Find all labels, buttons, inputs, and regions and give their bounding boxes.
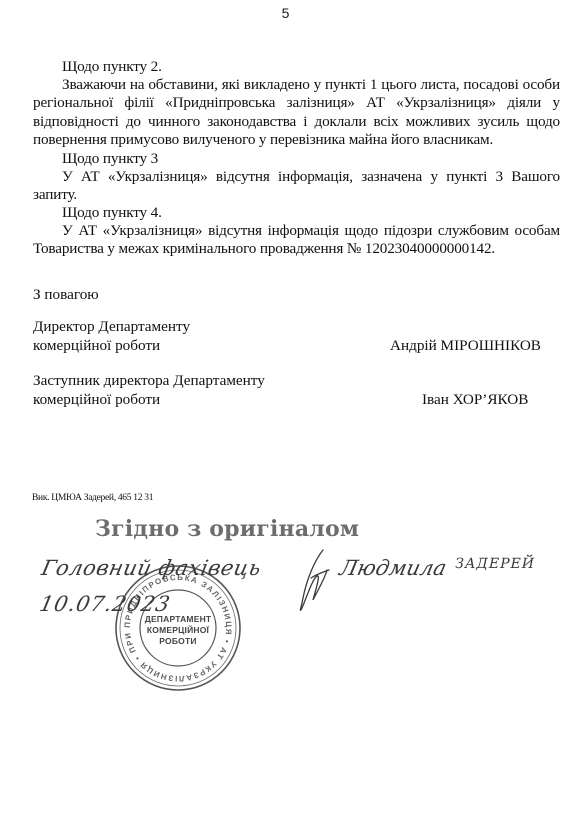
section-heading: Щодо пункту 4.	[33, 204, 560, 222]
page-number: 5	[0, 5, 571, 21]
executor-note: Вик. ЦМЮА Задерей, 465 12 31	[32, 493, 153, 503]
handwritten-date: 10.07.2023	[37, 592, 172, 616]
handwritten-name: Людмила	[337, 556, 448, 580]
signer-name: Іван ХОР’ЯКОВ	[422, 391, 528, 410]
seal-line-3: РОБОТИ	[113, 636, 243, 646]
section-body: Зважаючи на обставини, які викладено у п…	[33, 76, 560, 149]
section-item-3: Щодо пункту 3 У АТ «Укрзалізниця» відсут…	[33, 150, 560, 205]
section-body: У АТ «Укрзалізниця» відсутня інформація,…	[33, 168, 560, 204]
signature-icon	[293, 548, 338, 618]
signer-block-director: Директор Департаменту комерційної роботи…	[33, 318, 560, 355]
section-item-2: Щодо пункту 2. Зважаючи на обставини, як…	[33, 58, 560, 149]
signer-block-deputy: Заступник директора Департаменту комерці…	[33, 372, 560, 409]
signer-title-line1: Заступник директора Департаменту	[33, 372, 560, 391]
closing-salutation: З повагою	[33, 286, 99, 304]
section-body: У АТ «Укрзалізниця» відсутня інформація …	[33, 222, 560, 258]
certified-copy-stamp: Згідно з оригіналом	[95, 516, 359, 542]
signer-name: Андрій МІРОШНІКОВ	[390, 337, 541, 356]
section-heading: Щодо пункту 3	[33, 150, 560, 168]
handwritten-position: Головний фахівець	[39, 556, 263, 580]
section-heading: Щодо пункту 2.	[33, 58, 560, 76]
signer-title-line1: Директор Департаменту	[33, 318, 560, 337]
handwritten-surname: ЗАДЕРЕЙ	[453, 556, 536, 572]
section-item-4: Щодо пункту 4. У АТ «Укрзалізниця» відсу…	[33, 204, 560, 259]
seal-line-2: КОМЕРЦІЙНОЇ	[113, 625, 243, 635]
